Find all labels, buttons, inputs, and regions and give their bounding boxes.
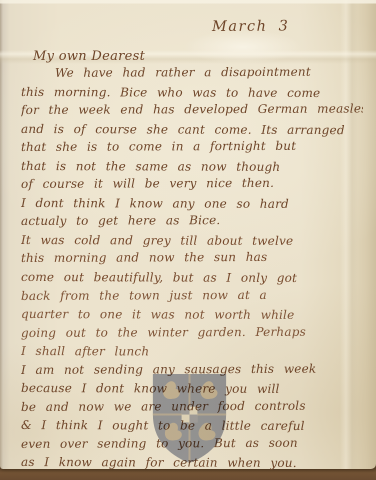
letter-line: for the week end has developed German me… (21, 100, 363, 120)
letter-page: March 3 My own Dearest We have had rathe… (0, 0, 376, 469)
letter-line: I am not sending any sausages this week (21, 359, 363, 379)
letter-body: We have had rather a disapointment this … (21, 64, 363, 472)
letter-line: be and now we are under food controls (21, 396, 363, 416)
letter-line: that she is to come in a fortnight but (21, 137, 363, 157)
letter-line: even over sending to you. But as soon (21, 433, 363, 453)
letter-line: going out to the winter garden. Perhaps (21, 322, 363, 342)
letter-salutation: My own Dearest (33, 49, 145, 64)
letter-line: back from the town just now at a (21, 285, 363, 305)
letter-date: March 3 (212, 18, 289, 35)
letter-line: of course it will be very nice then. (21, 174, 363, 194)
letter-line: this morning and now the sun has (21, 248, 363, 268)
scan-bottom-edge (0, 469, 376, 480)
letter-line: We have had rather a disapointment (21, 63, 363, 83)
letter-scan: March 3 My own Dearest We have had rathe… (0, 0, 376, 480)
letter-line: actualy to get here as Bice. (21, 211, 363, 231)
